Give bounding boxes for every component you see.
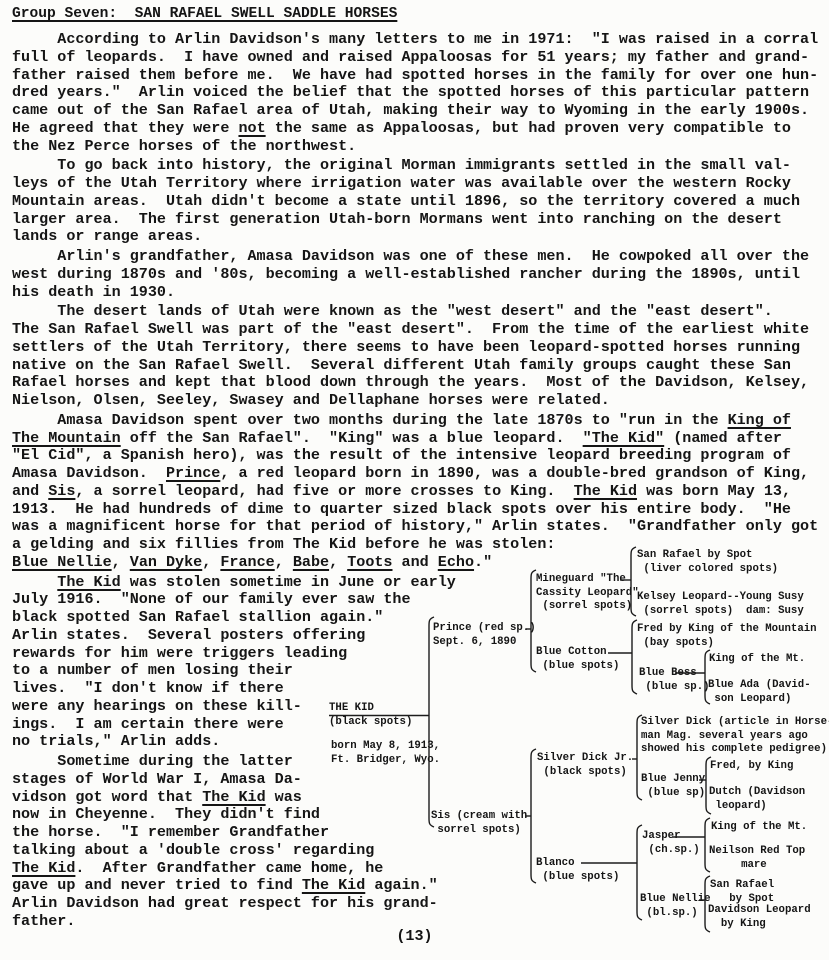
pedigree-node-prince: Prince (red sp.) Sept. 6, 1890: [433, 622, 536, 649]
body-line: The Mountain off the San Rafael". "King"…: [12, 430, 818, 448]
pedigree-node-blue-ada: Blue Ada (David- son Leopard): [708, 679, 811, 706]
paragraph: According to Arlin Davidson's many lette…: [12, 31, 818, 155]
pedigree-node-blue-bess: Blue Bess (blue sp.): [639, 667, 710, 694]
body-line: native on the San Rafael Swell. Several …: [12, 357, 818, 375]
body-line: were any hearings on these kill-: [12, 698, 818, 716]
pedigree-node-blue-nellie: Blue Nellie (bl.sp.): [640, 893, 711, 920]
body-line: west during 1870s and '80s, becoming a w…: [12, 266, 818, 284]
body-line: He agreed that they were not the same as…: [12, 120, 818, 138]
body-line: lands or range areas.: [12, 228, 818, 246]
pedigree-node-king-of-the-mt-2: King of the Mt.: [711, 821, 807, 835]
body-line: 1913. He had hundreds of dime to quarter…: [12, 501, 818, 519]
body-line: The Kid. After Grandfather came home, he: [12, 860, 818, 878]
body-line: "El Cid", a Spanish hero), was the resul…: [12, 447, 818, 465]
pedigree-node-san-rafael-2: San Rafael by Spot: [710, 879, 774, 906]
body-line: Amasa Davidson. Prince, a red leopard bo…: [12, 465, 818, 483]
pedigree-node-the-kid-birth: born May 8, 1913, Ft. Bridger, Wyo.: [331, 740, 440, 767]
pedigree-node-king-of-the-mt-1: King of the Mt.: [709, 653, 805, 667]
pedigree-node-mineguard: Mineguard "The Cassity Leopard" (sorrel …: [536, 573, 639, 614]
body-line: came out of the San Rafael area of Utah,…: [12, 102, 818, 120]
document-page: Group Seven: SAN RAFAEL SWELL SADDLE HOR…: [0, 0, 829, 960]
body-line: was a magnificent horse for that period …: [12, 518, 818, 536]
body-line: Amasa Davidson spent over two months dur…: [12, 412, 818, 430]
body-line: dred years." Arlin voiced the belief tha…: [12, 84, 818, 102]
pedigree-node-blue-cotton: Blue Cotton (blue spots): [536, 646, 619, 673]
paragraph: To go back into history, the original Mo…: [12, 157, 818, 246]
body-line: The desert lands of Utah were known as t…: [12, 303, 818, 321]
body-line: now in Cheyenne. They didn't find: [12, 806, 818, 824]
paragraph: The desert lands of Utah were known as t…: [12, 303, 818, 410]
body-line: the Nez Perce horses of the northwest.: [12, 138, 818, 156]
pedigree-node-jasper: Jasper (ch.sp.): [642, 830, 700, 857]
pedigree-node-san-rafael-by-spot: San Rafael by Spot (liver colored spots): [637, 549, 778, 576]
pedigree-node-silver-dick-jr: Silver Dick Jr. (black spots): [537, 752, 633, 779]
body-line: According to Arlin Davidson's many lette…: [12, 31, 818, 49]
body-line: Mountain areas. Utah didn't become a sta…: [12, 193, 818, 211]
pedigree-node-silver-dick: Silver Dick (article in Horse- man Mag. …: [641, 716, 829, 757]
page-number: (13): [0, 927, 829, 945]
pedigree-node-dutch: Dutch (Davidson leopard): [709, 786, 805, 813]
body-line: and Sis, a sorrel leopard, had five or m…: [12, 483, 818, 501]
pedigree-node-fred-by-king-2: Fred, by King: [710, 760, 793, 774]
pedigree-node-the-kid: THE KID (black spots): [329, 702, 412, 729]
pedigree-node-blue-jenny: Blue Jenny (blue sp): [641, 773, 705, 800]
body-line: Nielson, Olsen, Seeley, Swasey and Della…: [12, 392, 818, 410]
body-line: The San Rafael Swell was part of the "ea…: [12, 321, 818, 339]
page-title: Group Seven: SAN RAFAEL SWELL SADDLE HOR…: [12, 6, 397, 22]
body-line: Arlin's grandfather, Amasa Davidson was …: [12, 248, 818, 266]
pedigree-node-blanco: Blanco (blue spots): [536, 857, 619, 884]
paragraph: Arlin's grandfather, Amasa Davidson was …: [12, 248, 818, 301]
body-line: larger area. The first generation Utah-b…: [12, 211, 818, 229]
body-line: To go back into history, the original Mo…: [12, 157, 818, 175]
pedigree-node-fred-by-king: Fred by King of the Mountain (bay spots): [637, 623, 817, 650]
body-line: his death in 1930.: [12, 284, 818, 302]
pedigree-node-neilson-red-top: Neilson Red Top mare: [709, 845, 805, 872]
body-line: full of leopards. I have owned and raise…: [12, 49, 818, 67]
body-line: The Kid was stolen sometime in June or e…: [12, 574, 818, 592]
body-line: settlers of the Utah Territory, there se…: [12, 339, 818, 357]
pedigree-node-sis: Sis (cream with sorrel spots): [431, 810, 527, 837]
body-line: father raised them before me. We have ha…: [12, 67, 818, 85]
body-line: leys of the Utah Territory where irrigat…: [12, 175, 818, 193]
paragraph: Amasa Davidson spent over two months dur…: [12, 412, 818, 572]
body-line: Rafael horses and kept that blood down t…: [12, 374, 818, 392]
pedigree-node-kelsey-leopard: Kelsey Leopard--Young Susy (sorrel spots…: [637, 591, 804, 618]
